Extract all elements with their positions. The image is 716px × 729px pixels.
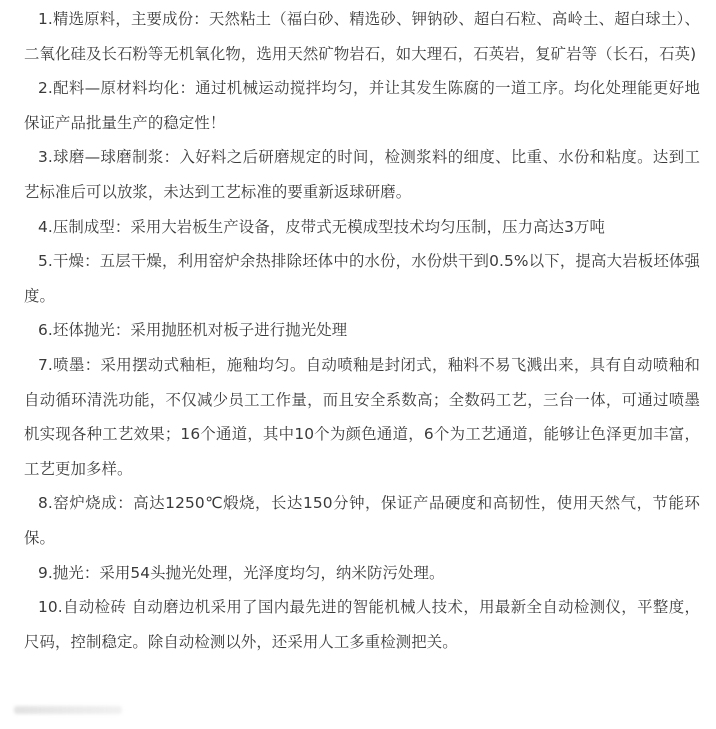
paragraph-step-2: 2.配料—原材料均化：通过机械运动搅拌均匀，并让其发生陈腐的一道工序。均化处理能…	[24, 71, 700, 140]
paragraph-step-7: 7.喷墨：采用摆动式釉柜，施釉均匀。自动喷釉是封闭式，釉料不易飞溅出来，具有自动…	[24, 348, 700, 486]
paragraph-step-6: 6.坯体抛光：采用抛胚机对板子进行抛光处理	[24, 313, 700, 348]
watermark	[14, 706, 122, 714]
paragraph-step-5: 5.干燥：五层干燥，利用窑炉余热排除坯体中的水份，水份烘干到0.5%以下，提高大…	[24, 244, 700, 313]
paragraph-step-10: 10.自动检砖 自动磨边机采用了国内最先进的智能机械人技术，用最新全自动检测仪，…	[24, 590, 700, 659]
paragraph-step-9: 9.抛光：采用54头抛光处理，光泽度均匀，纳米防污处理。	[24, 556, 700, 591]
paragraph-step-1: 1.精选原料，主要成份：天然粘土（福白砂、精选砂、钾钠砂、超白石粒、高岭土、超白…	[24, 2, 700, 71]
paragraph-step-4: 4.压制成型：采用大岩板生产设备，皮带式无模成型技术均匀压制，压力高达3万吨	[24, 210, 700, 245]
article-body: 1.精选原料，主要成份：天然粘土（福白砂、精选砂、钾钠砂、超白石粒、高岭土、超白…	[24, 2, 700, 659]
paragraph-step-3: 3.球磨—球磨制浆：入好料之后研磨规定的时间，检测浆料的细度、比重、水份和粘度。…	[24, 140, 700, 209]
paragraph-step-8: 8.窑炉烧成：高达1250℃煅烧，长达150分钟，保证产品硬度和高韧性，使用天然…	[24, 486, 700, 555]
